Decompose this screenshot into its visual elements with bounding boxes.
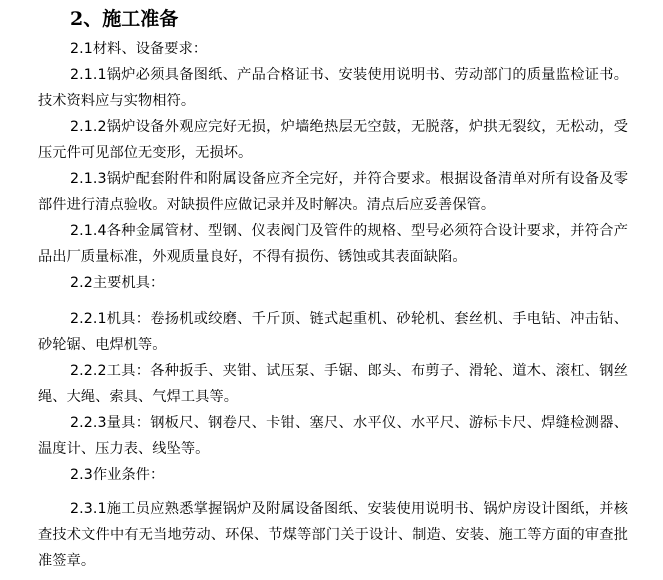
section-heading: 2、施工准备 — [70, 4, 178, 31]
paragraph-2-1-3: 2.1.3锅炉配套附件和附属设备应齐全完好，并符合要求。根据设备清单对所有设备及… — [38, 166, 628, 218]
paragraph-2-1-1: 2.1.1锅炉必须具备图纸、产品合格证书、安装使用说明书、劳动部门的质量监检证书… — [38, 62, 628, 114]
paragraph-2-2-2: 2.2.2工具：各种扳手、夹钳、试压泵、手锯、郎头、布剪子、滑轮、道木、滚杠、钢… — [38, 358, 628, 410]
paragraph-2-3-1: 2.3.1施工员应熟悉掌握锅炉及附属设备图纸、安装使用说明书、锅炉房设计图纸，并… — [38, 496, 628, 575]
paragraph-2-1-2: 2.1.2锅炉设备外观应完好无损，炉墙绝热层无空鼓，无脱落，炉拱无裂纹，无松动，… — [38, 114, 628, 166]
paragraph-2-2-3: 2.2.3量具：钢板尺、钢卷尺、卡钳、塞尺、水平仪、水平尺、游标卡尺、焊缝检测器… — [38, 410, 628, 462]
subsection-2-1-title: 2.1材料、设备要求： — [38, 36, 628, 62]
subsection-2-2-title: 2.2主要机具： — [38, 270, 628, 296]
paragraph-2-1-4: 2.1.4各种金属管材、型钢、仪表阀门及管件的规格、型号必须符合设计要求，并符合… — [38, 218, 628, 270]
paragraph-2-2-1: 2.2.1机具：卷扬机或绞磨、千斤顶、链式起重机、砂轮机、套丝机、手电钻、冲击钻… — [38, 306, 628, 358]
subsection-2-3-title: 2.3作业条件： — [38, 462, 628, 488]
